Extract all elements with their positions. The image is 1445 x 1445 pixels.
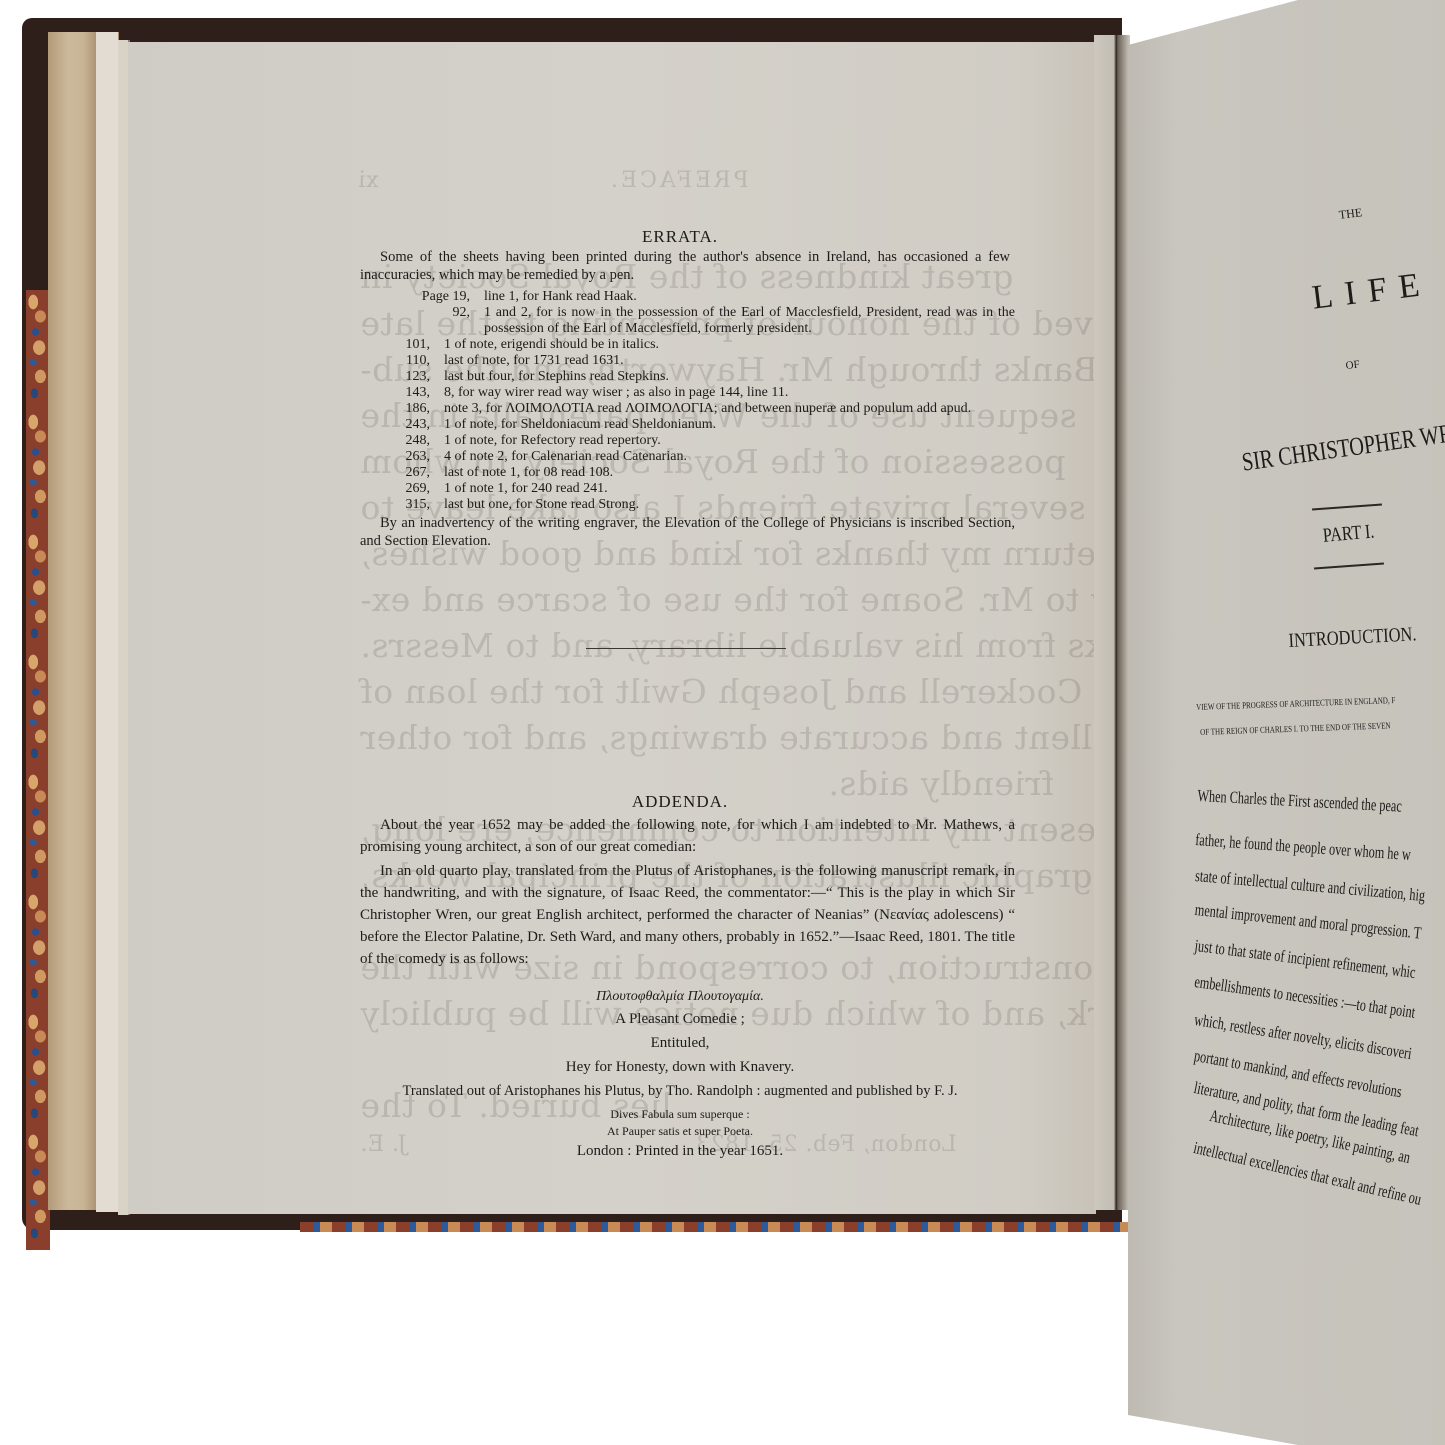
showthrough-running-head: PREFACE. xyxy=(608,168,749,193)
errata-entry: 243,1 of note, for Sheldoniacum read She… xyxy=(360,417,1015,433)
marbled-edge-bottom xyxy=(300,1222,1140,1232)
right-page xyxy=(1128,0,1445,1445)
play-motto: At Pauper satis et super Poeta. xyxy=(340,1122,1020,1141)
play-line: A Pleasant Comedie ; xyxy=(340,1010,1020,1029)
play-imprint: London : Printed in the year 1651. xyxy=(340,1142,1020,1161)
errata-entry: 186,note 3, for ΛΟΙΜΟΛΟΤΙΑ read ΛΟΙΜΟΛΟΓ… xyxy=(360,401,1015,417)
errata-entry: 143,8, for way wirer read way wiser ; as… xyxy=(360,385,1015,401)
play-line: Entituled, xyxy=(340,1034,1020,1053)
left-page: PREFACE. xi great kindness of the Royal … xyxy=(128,42,1096,1214)
errata-list: Page 19,line 1, for Hank read Haak. 92,1… xyxy=(360,289,1015,513)
flyleaf xyxy=(96,32,119,1212)
marbled-edge xyxy=(26,290,50,1250)
title-the: THE xyxy=(1338,205,1363,223)
errata-closing: By an inadvertency of the writing engrav… xyxy=(360,514,1015,550)
errata-entry: 101,1 of note, erigendi should be in ita… xyxy=(360,337,1015,353)
errata-intro: Some of the sheets having been printed d… xyxy=(360,248,1010,284)
greek-title: Πλουτοφθαλμία Πλουτογαμία. xyxy=(340,987,1020,1006)
errata-entry: 92,1 and 2, for is now in the possession… xyxy=(360,305,1015,337)
errata-entry: 123,last but four, for Stephins read Ste… xyxy=(360,369,1015,385)
pencil-underline xyxy=(586,648,786,649)
play-line: Translated out of Aristophanes his Plutu… xyxy=(340,1082,1020,1101)
addenda-para-2: In an old quarto play, translated from t… xyxy=(360,860,1015,970)
errata-entry: 315,last but one, for Stone read Strong. xyxy=(360,497,1015,513)
errata-entry: Page 19,line 1, for Hank read Haak. xyxy=(360,289,1015,305)
errata-title: ERRATA. xyxy=(340,227,1020,246)
showthrough-line: C. R. Cockerell and Joseph Gwilt for the… xyxy=(360,672,1176,711)
errata-entry: 263,4 of note 2, for Calenarian read Cat… xyxy=(360,449,1015,465)
addenda-title: ADDENDA. xyxy=(340,792,1020,811)
errata-entry: 269,1 of note 1, for 240 read 241. xyxy=(360,481,1015,497)
play-line: Hey for Honesty, down with Knavery. xyxy=(340,1058,1020,1077)
title-of: OF xyxy=(1345,359,1360,372)
part-heading: PART I. xyxy=(1322,521,1375,548)
errata-entry: 110,last of note, for 1731 read 1631. xyxy=(360,353,1015,369)
addenda-para-1: About the year 1652 may be added the fol… xyxy=(360,814,1015,858)
book-gutter xyxy=(1094,35,1130,1210)
showthrough-page-number: xi xyxy=(358,168,378,193)
stained-endpaper xyxy=(48,32,98,1210)
errata-entry: 248,1 of note, for Refectory read repert… xyxy=(360,433,1015,449)
errata-entry: 267,last of note 1, for 08 read 108. xyxy=(360,465,1015,481)
